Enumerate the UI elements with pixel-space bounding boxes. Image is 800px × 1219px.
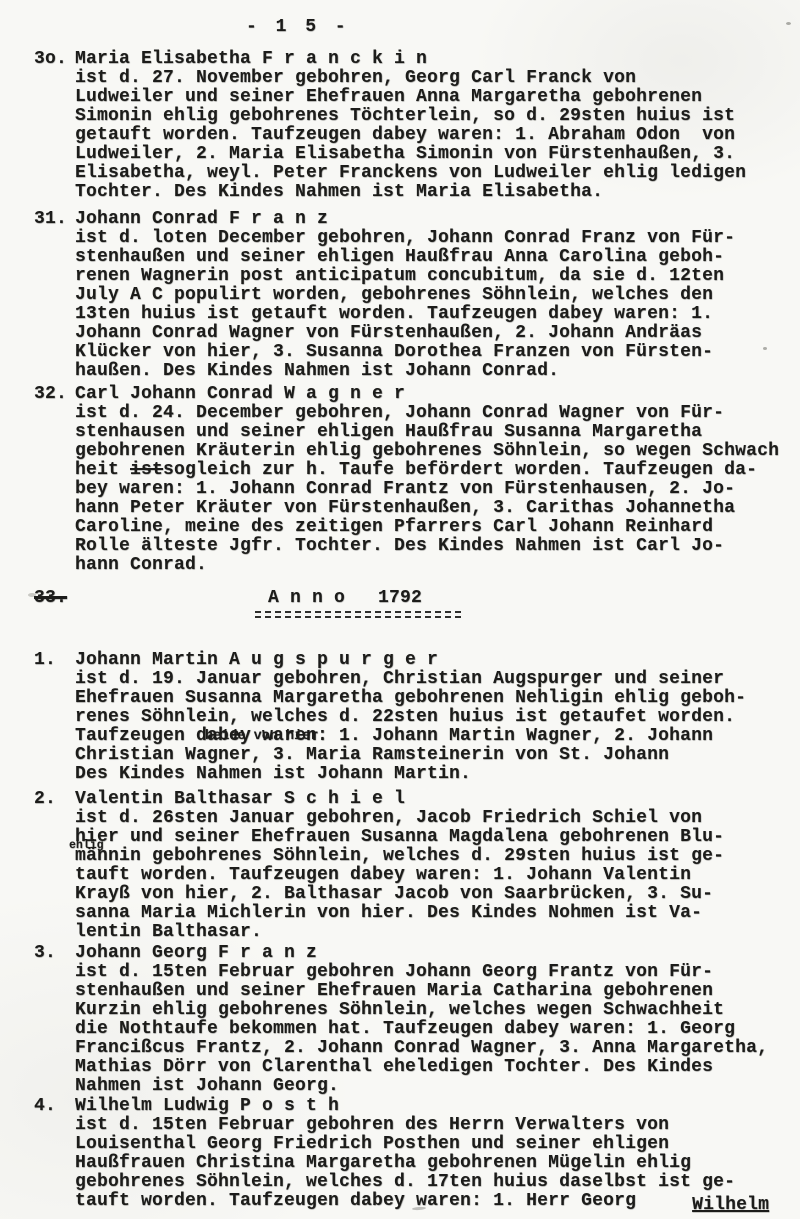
interlinear-insertion: ehlig: [69, 836, 104, 855]
entry-name: Carl Johann Conrad W a g n e r: [75, 385, 800, 404]
entry-number: 4.: [34, 1097, 75, 1211]
entry-body: Johann Conrad F r a n z ist d. loten Dec…: [75, 210, 800, 381]
entry-line: ist d. 26sten Januar gebohren, Jacob Fri…: [75, 809, 800, 828]
anno-section-heading: 33. A n n o 1792: [0, 589, 800, 651]
entry-number: 32.: [34, 385, 75, 575]
entry-line: hann Conrad.: [75, 556, 800, 575]
entry-body: Johann Martin A u g s p u r g e r ist d.…: [75, 651, 800, 784]
entry-line: Tochter. Des Kindes Nahmen ist Maria Eli…: [75, 183, 800, 202]
entry-line: Christian Wagner, 3. Maria Ramsteinerin …: [75, 746, 800, 765]
entry-32: 32. Carl Johann Conrad W a g n e r ist d…: [0, 385, 800, 575]
scan-noise-speck: [763, 347, 767, 350]
entry-body: Carl Johann Conrad W a g n e r ist d. 24…: [75, 385, 800, 575]
entry-line-with-underline: tauft worden. Taufzeugen dabey waren: 1.…: [75, 1192, 800, 1211]
struck-entry-number: 33.: [34, 589, 67, 608]
entry-line: stenhausen und seiner ehligen Haußfrau S…: [75, 423, 800, 442]
entry-30: 3o. Maria Elisabetha F r a n c k i n ist…: [0, 50, 800, 202]
entry-line: Elisabetha, weyl. Peter Franckens von Lu…: [75, 164, 800, 183]
anno-title: A n n o 1792: [268, 589, 422, 608]
entry-line: stenhaußen und seiner Ehefrauen Maria Ca…: [75, 982, 800, 1001]
entry-name: Maria Elisabetha F r a n c k i n: [75, 50, 800, 69]
entry-name: Johann Conrad F r a n z: [75, 210, 800, 229]
entry-line: männin gebohrenes Söhnlein, welches d. 2…: [75, 847, 800, 866]
page-number: - 1 5 -: [246, 18, 350, 37]
entry-line: July A C populirt worden, gebohrenes Söh…: [75, 286, 800, 305]
entry-line: Mathias Dörr von Clarenthal eheledigen T…: [75, 1058, 800, 1077]
entry-line: 13ten huius ist getauft worden. Taufzeug…: [75, 305, 800, 324]
entry-line: die Nothtaufe bekommen hat. Taufzeugen d…: [75, 1020, 800, 1039]
entry-name: Valentin Balthasar S c h i e l: [75, 790, 800, 809]
entry-line: stenhaußen und seiner ehligen Haußfrau A…: [75, 248, 800, 267]
entry-line: ist d. loten December gebohren, Johann C…: [75, 229, 800, 248]
entry-name: Johann Georg F r a n z: [75, 944, 800, 963]
entry-line: Kurzin ehlig gebohrenes Söhnlein, welche…: [75, 1001, 800, 1020]
entry-line: Krayß von hier, 2. Balthasar Jacob von S…: [75, 885, 800, 904]
entry-number: 3.: [34, 944, 75, 1096]
entry-line: Ludweiler und seiner Ehefrauen Anna Marg…: [75, 88, 800, 107]
line-fragment: sogleich zur h. Taufe befördert worden. …: [163, 460, 757, 480]
entry-line: gebohrenes Söhnlein, welches d. 17ten hu…: [75, 1173, 800, 1192]
entry-body: Wilhelm Ludwig P o s t h ist d. 15ten Fe…: [75, 1097, 800, 1211]
entry-line: tauft worden. Taufzeugen dabey waren: 1.…: [75, 866, 800, 885]
entry-line: Haußfrauen Christina Margaretha gebohren…: [75, 1154, 800, 1173]
entry-line: hier und seiner Ehefrauen Susanna Magdal…: [75, 828, 800, 847]
entry-line: hann Peter Kräuter von Fürstenhaußen, 3.…: [75, 499, 800, 518]
entry-line: Ludweiler, 2. Maria Elisabetha Simonin v…: [75, 145, 800, 164]
entry-line: Klücker von hier, 3. Susanna Dorothea Fr…: [75, 343, 800, 362]
entry-line: renen Wagnerin post anticipatum concubit…: [75, 267, 800, 286]
entry-number: 2.: [34, 790, 75, 942]
entry-line: getauft worden. Taufzeugen dabey waren: …: [75, 126, 800, 145]
line-fragment: heit: [75, 460, 130, 480]
entry-4: 4. Wilhelm Ludwig P o s t h ist d. 15ten…: [0, 1097, 800, 1211]
entry-line-with-strikeout: heit istsogleich zur h. Taufe befördert …: [75, 461, 800, 480]
entry-line: Ehefrauen Susanna Margaretha gebohrenen …: [75, 689, 800, 708]
entry-line: gebohrenen Kräuterin ehlig gebohrenes Sö…: [75, 442, 800, 461]
interlinear-insertion: beide von hier.: [205, 727, 327, 746]
entry-1: 1. Johann Martin A u g s p u r g e r ist…: [0, 651, 800, 784]
entry-line: Caroline, meine des zeitigen Pfarrers Ca…: [75, 518, 800, 537]
entry-line: bey waren: 1. Johann Conrad Frantz von F…: [75, 480, 800, 499]
entry-31: 31. Johann Conrad F r a n z ist d. loten…: [0, 210, 800, 381]
entry-line: Nahmen ist Johann Georg.: [75, 1077, 800, 1096]
anno-underline: [255, 611, 461, 618]
struck-word: ist: [130, 460, 163, 480]
entry-body: Johann Georg F r a n z ist d. 15ten Febr…: [75, 944, 800, 1096]
entry-line: renes Söhnlein, welches d. 22sten huius …: [75, 708, 800, 727]
scanned-register-page: { "page": { "number_label": "- 1 5 -" },…: [0, 0, 800, 1219]
entry-line: Rolle älteste Jgfr. Tochter. Des Kindes …: [75, 537, 800, 556]
entry-line: lentin Balthasar.: [75, 923, 800, 942]
entry-line: Simonin ehlig gebohrenes Töchterlein, so…: [75, 107, 800, 126]
entry-number: 31.: [34, 210, 75, 381]
entry-line: Francißcus Frantz, 2. Johann Conrad Wagn…: [75, 1039, 800, 1058]
entry-body: Maria Elisabetha F r a n c k i n ist d. …: [75, 50, 800, 202]
entry-name: Wilhelm Ludwig P o s t h: [75, 1097, 800, 1116]
entry-line: Louisenthal Georg Friedrich Posthen und …: [75, 1135, 800, 1154]
scan-noise-speck: [28, 593, 36, 597]
entry-line: Des Kindes Nahmen ist Johann Martin.: [75, 765, 800, 784]
entry-line: Taufzeugen dabey waren: 1. Johann Martin…: [75, 727, 800, 746]
entry-line: Johann Conrad Wagner von Fürstenhaußen, …: [75, 324, 800, 343]
line-fragment: tauft worden. Taufzeugen dabey waren: 1.…: [75, 1191, 647, 1211]
entry-3: 3. Johann Georg F r a n z ist d. 15ten F…: [0, 944, 800, 1096]
entry-line: ist d. 15ten Februar gebohren Johann Geo…: [75, 963, 800, 982]
entry-line: haußen. Des Kindes Nahmen ist Johann Con…: [75, 362, 800, 381]
entry-line: ist d. 24. December gebohren, Johann Con…: [75, 404, 800, 423]
entry-body: Valentin Balthasar S c h i e l ist d. 26…: [75, 790, 800, 942]
entry-line: ist d. 15ten Februar gebohren des Herrn …: [75, 1116, 800, 1135]
scan-noise-speck: [786, 22, 791, 25]
entry-2: 2. Valentin Balthasar S c h i e l ist d.…: [0, 790, 800, 942]
entry-line: sanna Maria Michlerin von hier. Des Kind…: [75, 904, 800, 923]
entry-number: 3o.: [34, 50, 75, 202]
entry-name: Johann Martin A u g s p u r g e r: [75, 651, 800, 670]
underlined-word: Wilhelm: [692, 1195, 769, 1215]
entry-line: ist d. 27. November gebohren, Georg Carl…: [75, 69, 800, 88]
entry-number: 1.: [34, 651, 75, 784]
entry-line: ist d. 19. Januar gebohren, Christian Au…: [75, 670, 800, 689]
scan-noise-speck: [747, 452, 752, 457]
